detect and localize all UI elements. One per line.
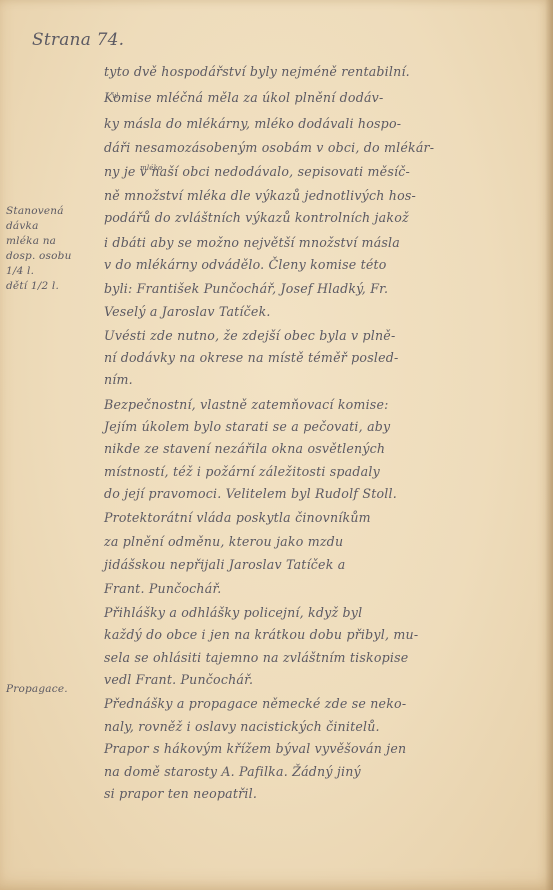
handwritten-line: Frant. Punčochář. — [104, 583, 222, 596]
handwritten-line: Veselý a Jaroslav Tatíček. — [104, 306, 271, 319]
handwritten-line: ny je v naší obci nedodávalo, sepisovati… — [104, 166, 410, 179]
handwritten-line: Jejím úkolem bylo starati se a pečovati,… — [104, 421, 390, 434]
handwritten-line: za plnění odměnu, kterou jako mzdu — [104, 536, 343, 549]
handwritten-line: jidášskou nepřijali Jaroslav Tatíček a — [104, 559, 345, 572]
handwritten-line: místností, též i požární záležitosti spa… — [104, 466, 380, 479]
handwritten-line: ním. — [104, 374, 133, 387]
chronicle-page: Strana 74. Stanovená dávka mléka na dosp… — [0, 0, 553, 890]
handwritten-line: každý do obce i jen na krátkou dobu přib… — [104, 629, 418, 642]
handwritten-line: sela se ohlásiti tajemno na zvláštním ti… — [104, 652, 408, 665]
handwritten-line: v do mlékárny odvádělo. Členy komise tét… — [104, 259, 387, 272]
handwritten-line: tyto dvě hospodářství byly nejméně renta… — [104, 66, 410, 79]
handwritten-line: naly, rovněž i oslavy nacistických činit… — [104, 721, 380, 734]
handwritten-line: ní dodávky na okrese na místě téměř posl… — [104, 352, 398, 365]
handwritten-line: dáři nesamozásobeným osobám v obci, do m… — [104, 142, 434, 155]
margin-note-milk-ration: Stanovená dávka mléka na dosp. osobu 1/4… — [6, 204, 72, 294]
handwritten-line: ky másla do mlékárny, mléko dodávali hos… — [104, 118, 401, 131]
handwritten-line: i dbáti aby se možno největší množství m… — [104, 237, 400, 250]
handwritten-line: podářů do zvláštních výkazů kontrolních … — [104, 212, 409, 225]
handwritten-line: Protektorátní vláda poskytla činovníkům — [104, 512, 371, 525]
handwritten-line: do její pravomoci. Velitelem byl Rudolf … — [104, 488, 397, 501]
page-number: Strana 74. — [32, 30, 124, 50]
margin-note-propaganda: Propagace. — [6, 682, 68, 697]
handwritten-line: ně množství mléka dle výkazů jednotlivýc… — [104, 190, 416, 203]
handwritten-line: Prapor s hákovým křížem býval vyvěšován … — [104, 743, 406, 756]
handwritten-line: nikde ze stavení nezářila okna osvětlený… — [104, 443, 385, 456]
handwritten-line: si prapor ten neopatřil. — [104, 788, 257, 801]
handwritten-line: Přednášky a propagace německé zde se nek… — [104, 698, 406, 711]
handwritten-line: Přihlášky a odhlášky policejní, když byl — [104, 607, 362, 620]
handwritten-line: na domě starosty A. Pafilka. Žádný jiný — [104, 766, 361, 779]
handwritten-line: Bezpečnostní, vlastně zatemňovací komise… — [104, 399, 389, 412]
handwritten-line: vedl Frant. Punčochář. — [104, 674, 253, 687]
handwritten-line: byli: František Punčochář, Josef Hladký,… — [104, 283, 388, 296]
handwritten-line: Uvésti zde nutno, že zdejší obec byla v … — [104, 330, 395, 343]
handwritten-line: Komise mléčná měla za úkol plnění dodáv- — [104, 92, 383, 105]
